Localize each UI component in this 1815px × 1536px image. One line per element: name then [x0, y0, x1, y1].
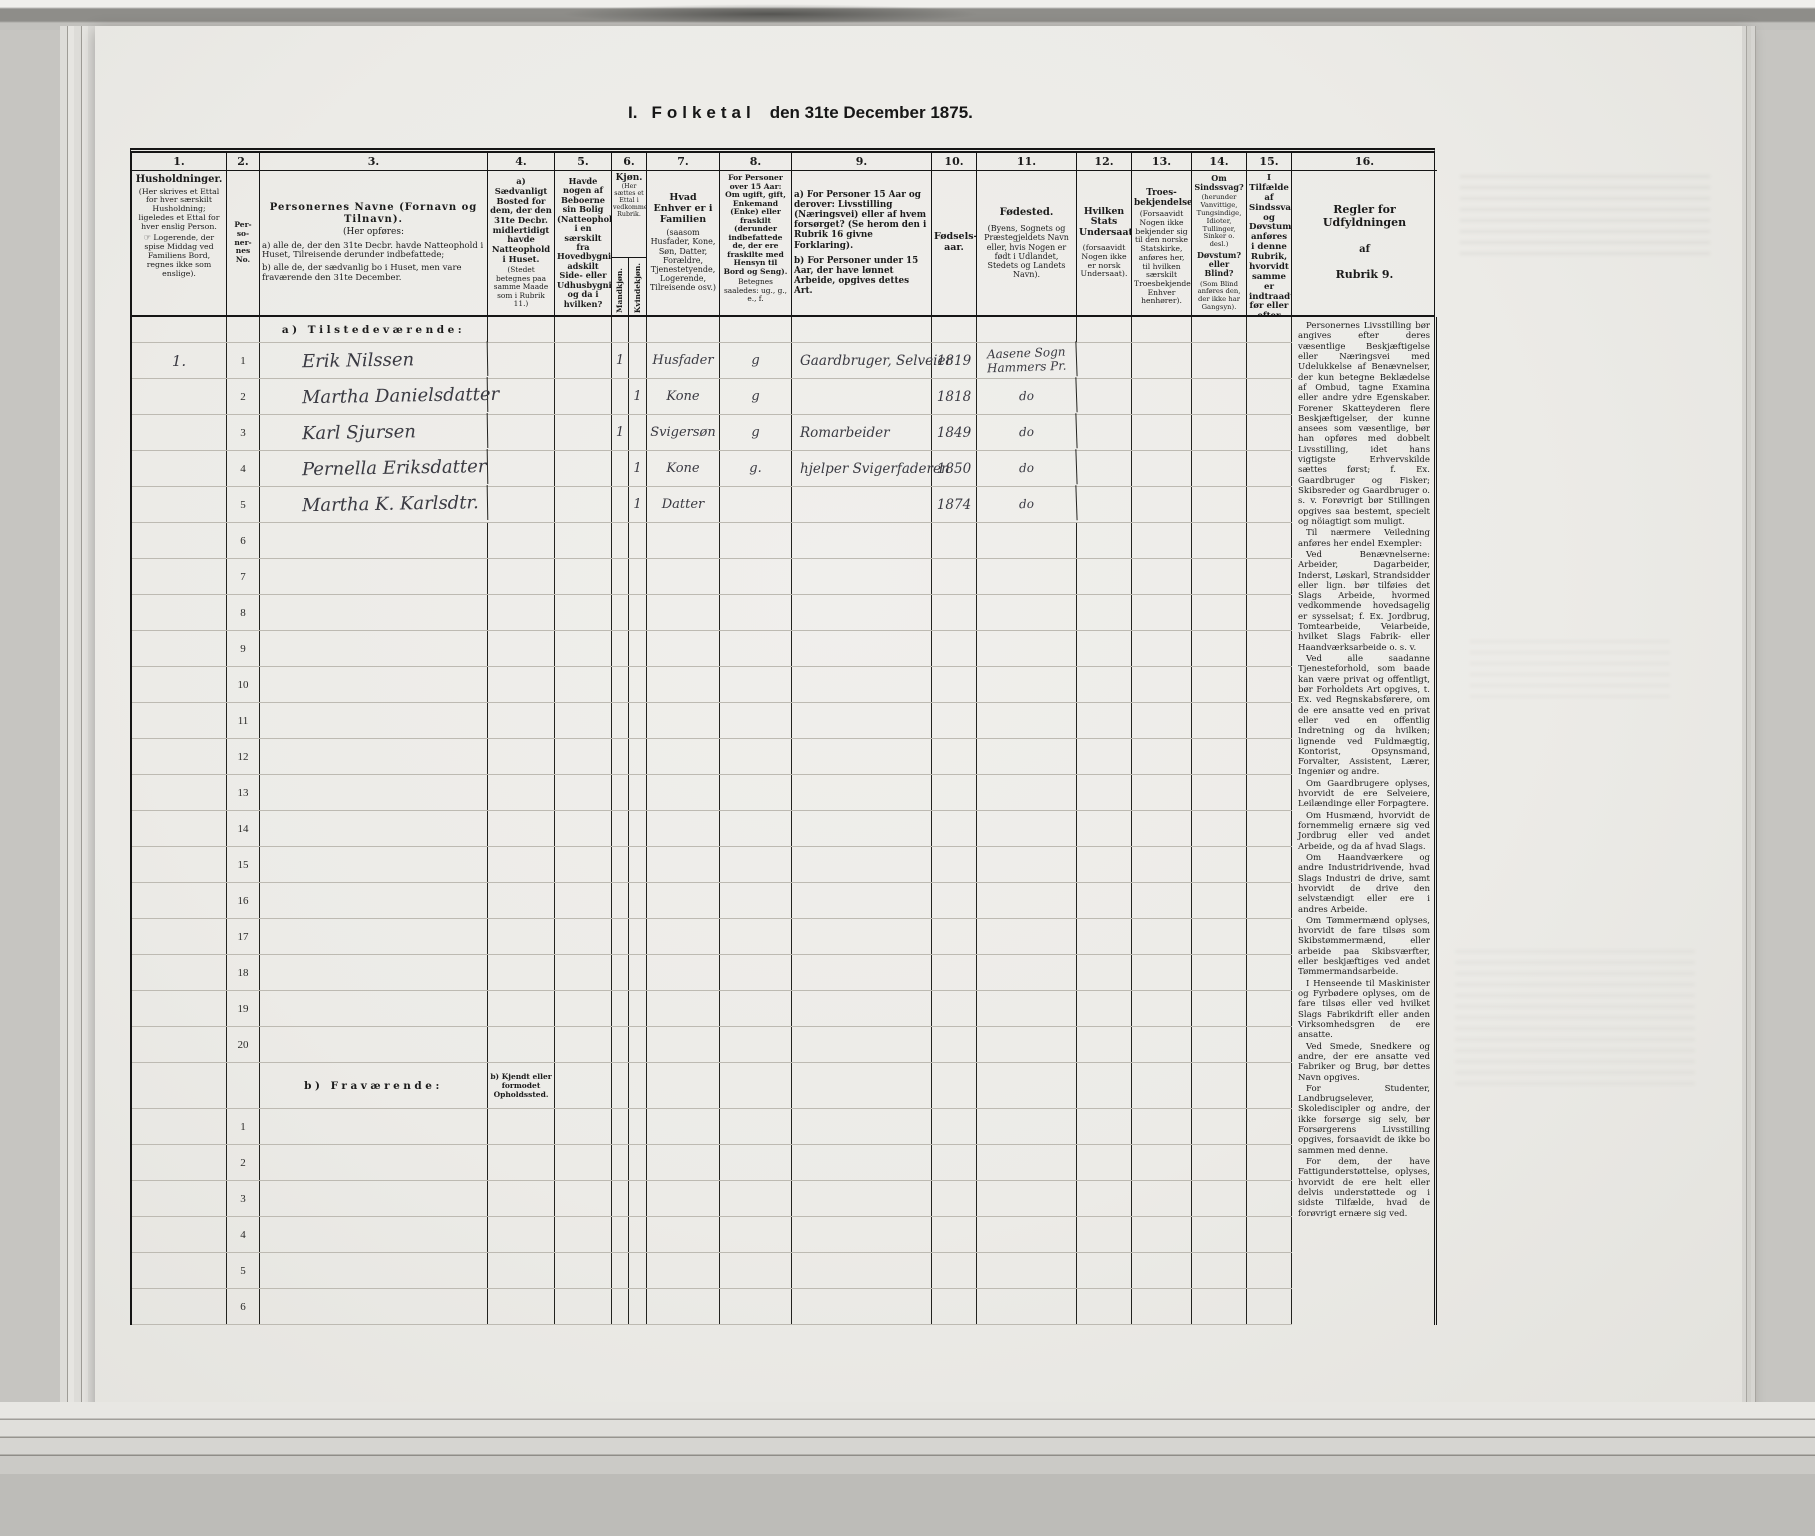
tilfaelde-cell — [1247, 991, 1292, 1026]
household-cell — [132, 379, 227, 414]
table-row: 5Martha K. Karlsdtr.1Datter1874do — [132, 487, 1292, 523]
tilfaelde-cell — [1247, 487, 1292, 522]
name-cell — [260, 1027, 488, 1062]
table-row: 3 — [132, 1181, 1292, 1217]
column-note: (Forsaavidt Nogen ikke bekjender sig til… — [1134, 210, 1189, 306]
sindssvag-cell — [1192, 451, 1247, 486]
family-role-cell — [647, 1063, 720, 1108]
female-cell — [629, 1063, 647, 1108]
bosted-cell — [488, 739, 555, 774]
column-number: 2. — [227, 153, 259, 171]
table-row: 4 — [132, 1217, 1292, 1253]
undersaat-cell — [1077, 1109, 1132, 1144]
section-a-rows: 1.1Erik Nilssen1HusfadergGaardbruger, Se… — [132, 343, 1292, 1063]
family-role-cell — [647, 1109, 720, 1144]
troes-cell — [1132, 847, 1192, 882]
occupation-cell: hjelper Svigerfaderen — [792, 451, 932, 486]
column-number: 15. — [1247, 153, 1291, 171]
male-cell — [612, 451, 629, 486]
census-table: 1. Husholdninger. (Her skrives et Ettal … — [130, 148, 1435, 1325]
column-item-a: a) alle de, der den 31te Decbr. havde Na… — [262, 242, 485, 262]
female-cell — [629, 1253, 647, 1288]
birthyear-cell: 1818 — [932, 379, 977, 414]
name-cell — [260, 847, 488, 882]
section-b-label-row: b) Fraværende: b) Kjendt eller formodet … — [132, 1063, 1292, 1109]
table-row: 7 — [132, 559, 1292, 595]
sindssvag-cell — [1192, 703, 1247, 738]
rules-paragraph: Om Tømmermænd oplyses, hvorvidt de fare … — [1298, 916, 1430, 978]
rules-paragraph: Til nærmere Veiledning anføres her endel… — [1298, 528, 1430, 549]
family-role-cell — [647, 955, 720, 990]
tilfaelde-cell — [1247, 955, 1292, 990]
marital-cell — [720, 1253, 792, 1288]
birthplace-cell — [977, 991, 1077, 1026]
occupation-cell — [792, 1217, 932, 1252]
birthplace-cell: do — [976, 413, 1077, 451]
troes-cell — [1132, 379, 1192, 414]
table-row: 14 — [132, 811, 1292, 847]
marital-cell — [720, 1063, 792, 1108]
person-no-cell: 3 — [227, 1181, 260, 1216]
male-cell — [612, 703, 629, 738]
tilfaelde-cell — [1247, 379, 1292, 414]
troes-cell — [1132, 919, 1192, 954]
bosted-cell — [488, 919, 555, 954]
bosted-cell — [488, 1027, 555, 1062]
birthyear-cell — [932, 703, 977, 738]
undersaat-cell — [1077, 1289, 1132, 1324]
male-cell — [612, 991, 629, 1026]
marital-cell — [720, 631, 792, 666]
family-role-cell — [647, 919, 720, 954]
name-cell — [260, 559, 488, 594]
person-no-cell: 3 — [227, 415, 260, 450]
undersaat-cell — [1077, 847, 1132, 882]
section-b-opholdssted-note: b) Kjendt eller formodet Opholdssted. — [488, 1063, 555, 1108]
male-cell — [612, 1289, 629, 1324]
troes-cell — [1132, 811, 1192, 846]
birthyear-cell: 1874 — [932, 487, 977, 522]
column-header-foedselsaar: 10. Fødsels- aar. — [932, 153, 977, 315]
household-cell: 1. — [132, 343, 227, 378]
marital-cell — [720, 1181, 792, 1216]
household-cell — [132, 1063, 227, 1108]
family-role-cell: Svigersøn — [647, 415, 720, 450]
male-cell: 1 — [612, 343, 629, 378]
male-cell — [612, 1109, 629, 1144]
person-no-cell: 16 — [227, 883, 260, 918]
person-no-cell: 11 — [227, 703, 260, 738]
table-row: 15 — [132, 847, 1292, 883]
family-role-cell — [647, 1253, 720, 1288]
section-b-label: b) Fraværende: — [260, 1063, 488, 1108]
female-cell — [629, 1027, 647, 1062]
page-title-numeral: I. — [628, 103, 637, 123]
bosted-cell — [488, 523, 555, 558]
sindssvag-cell — [1192, 775, 1247, 810]
male-cell: 1 — [612, 415, 629, 450]
sindssvag-cell — [1192, 1253, 1247, 1288]
bosted-cell — [488, 703, 555, 738]
birthplace-cell — [977, 1109, 1077, 1144]
column-header-saedvanligt-bosted: 4. a) Sædvanligt Bosted for dem, der den… — [488, 153, 555, 315]
birthplace-cell — [977, 919, 1077, 954]
birthplace-cell — [977, 595, 1077, 630]
subcolumn-kvindekjoen: Kvindekjøn. — [629, 258, 646, 315]
bosted-cell — [488, 1217, 555, 1252]
female-cell — [629, 1289, 647, 1324]
troes-cell — [1132, 1253, 1192, 1288]
tilfaelde-cell — [1247, 1027, 1292, 1062]
birthyear-cell — [932, 631, 977, 666]
occupation-cell: Romarbeider — [792, 415, 932, 450]
sindssvag-cell — [1192, 1217, 1247, 1252]
column-note: (Stedet betegnes paa samme Maade som i R… — [490, 266, 552, 309]
troes-cell — [1132, 343, 1192, 378]
undersaat-cell — [1077, 559, 1132, 594]
household-cell — [132, 1289, 227, 1324]
birthyear-cell — [932, 523, 977, 558]
name-cell — [260, 1253, 488, 1288]
table-body: a) Tilstedeværende: 1.1Erik Nilssen1Hus — [132, 317, 1434, 1325]
birthyear-cell — [932, 1253, 977, 1288]
rules-paragraph: Om Husmænd, hvorvidt de fornemmelig ernæ… — [1298, 811, 1430, 852]
male-cell — [612, 559, 629, 594]
birthyear-cell — [932, 1145, 977, 1180]
table-row: 4Pernella Eriksdatter1Koneg.hjelper Svig… — [132, 451, 1292, 487]
occupation-cell — [792, 667, 932, 702]
person-no-cell: 1 — [227, 343, 260, 378]
column-header-regler: 16. Regler for Udfyldningen af Rubrik 9. — [1292, 153, 1437, 315]
udhus-cell — [555, 1109, 612, 1144]
column-header-civilstand: 8. For Personer over 15 Aar: Om ugift, g… — [720, 153, 792, 315]
female-cell — [629, 811, 647, 846]
udhus-cell — [555, 1063, 612, 1108]
name-cell — [260, 703, 488, 738]
birthplace-cell — [977, 1063, 1077, 1108]
household-cell — [132, 847, 227, 882]
sindssvag-cell — [1192, 1027, 1247, 1062]
household-cell — [132, 1145, 227, 1180]
sindssvag-cell — [1192, 1063, 1247, 1108]
table-row: 16 — [132, 883, 1292, 919]
column-title: For Personer over 15 Aar: Om ugift, gift… — [722, 174, 789, 276]
column-description: Om Sindssvag? (herunder Vanvittige, Tung… — [1192, 171, 1246, 315]
birthplace-cell — [977, 317, 1077, 342]
column-number: 12. — [1077, 153, 1131, 171]
household-cell — [132, 559, 227, 594]
birthyear-cell — [932, 317, 977, 342]
table-row: 20 — [132, 1027, 1292, 1063]
column-title: Rubrik 9. — [1294, 269, 1435, 282]
family-role-cell — [647, 1027, 720, 1062]
udhus-cell — [555, 1027, 612, 1062]
troes-cell — [1132, 595, 1192, 630]
column-title: Døvstum? eller Blind? — [1194, 251, 1244, 279]
name-cell: Karl Sjursen — [260, 413, 489, 452]
bosted-cell — [488, 451, 555, 486]
person-no-cell: 17 — [227, 919, 260, 954]
female-cell — [629, 775, 647, 810]
bosted-cell — [488, 559, 555, 594]
marital-cell — [720, 1145, 792, 1180]
occupation-cell — [792, 919, 932, 954]
family-role-cell — [647, 667, 720, 702]
column-description: Personernes Navne (Fornavn og Tilnavn). … — [260, 171, 487, 315]
person-no-cell: 8 — [227, 595, 260, 630]
birthyear-cell — [932, 1027, 977, 1062]
column-number: 6. — [612, 153, 646, 171]
person-no-cell: 18 — [227, 955, 260, 990]
family-role-cell — [647, 1217, 720, 1252]
column-title: Fødested. — [979, 207, 1074, 219]
family-role-cell — [647, 595, 720, 630]
table-row: 1.1Erik Nilssen1HusfadergGaardbruger, Se… — [132, 343, 1292, 379]
table-row: 11 — [132, 703, 1292, 739]
scan-top-shadow — [560, 4, 980, 24]
marital-cell: g — [720, 343, 792, 378]
name-cell: Erik Nilssen — [260, 341, 489, 380]
male-cell — [612, 379, 629, 414]
sindssvag-cell — [1192, 415, 1247, 450]
household-cell — [132, 631, 227, 666]
birthyear-cell: 1849 — [932, 415, 977, 450]
female-cell — [629, 559, 647, 594]
household-cell — [132, 523, 227, 558]
marital-cell — [720, 775, 792, 810]
family-role-cell: Datter — [647, 487, 720, 522]
birthplace-cell — [977, 703, 1077, 738]
name-cell — [260, 811, 488, 846]
birthyear-cell — [932, 1063, 977, 1108]
udhus-cell — [555, 991, 612, 1026]
occupation-cell — [792, 1145, 932, 1180]
family-role-cell — [647, 1181, 720, 1216]
female-cell — [629, 919, 647, 954]
female-cell — [629, 1109, 647, 1144]
occupation-cell — [792, 991, 932, 1026]
udhus-cell — [555, 775, 612, 810]
column-title: a) Sædvanligt Bosted for dem, der den 31… — [490, 177, 552, 264]
tilfaelde-cell — [1247, 415, 1292, 450]
scanned-census-page: I. Folketal den 31te December 1875. 1. H… — [0, 0, 1815, 1536]
column-description: Kjøn. (Her sættes et Ettal i vedkommende… — [612, 171, 646, 257]
ink-bleedthrough — [1460, 175, 1710, 255]
male-cell — [612, 775, 629, 810]
udhus-cell — [555, 415, 612, 450]
tilfaelde-cell — [1247, 1217, 1292, 1252]
troes-cell — [1132, 1217, 1192, 1252]
bosted-cell — [488, 415, 555, 450]
name-cell — [260, 991, 488, 1026]
column-title: Kjøn. — [613, 173, 645, 183]
birthplace-cell — [977, 883, 1077, 918]
male-cell — [612, 1027, 629, 1062]
female-cell — [629, 991, 647, 1026]
person-no-cell: 14 — [227, 811, 260, 846]
female-cell — [629, 667, 647, 702]
male-cell — [612, 919, 629, 954]
occupation-cell — [792, 739, 932, 774]
column-description: Husholdninger. (Her skrives et Ettal for… — [132, 171, 226, 315]
occupation-cell — [792, 1181, 932, 1216]
udhus-cell — [555, 317, 612, 342]
sindssvag-cell — [1192, 317, 1247, 342]
udhus-cell — [555, 1253, 612, 1288]
household-cell — [132, 991, 227, 1026]
sindssvag-cell — [1192, 595, 1247, 630]
male-cell — [612, 883, 629, 918]
section-a-label: a) Tilstedeværende: — [260, 317, 488, 342]
undersaat-cell — [1077, 487, 1132, 522]
column-note: (Her sættes et Ettal i vedkommende Rubri… — [613, 184, 645, 219]
bosted-cell — [488, 1145, 555, 1180]
page-stack-bottom-edge — [0, 1402, 1815, 1536]
column-number: 3. — [260, 153, 487, 171]
family-role-cell — [647, 523, 720, 558]
undersaat-cell — [1077, 811, 1132, 846]
troes-cell — [1132, 1145, 1192, 1180]
female-cell: 1 — [629, 379, 647, 414]
troes-cell — [1132, 1181, 1192, 1216]
birthyear-cell — [932, 775, 977, 810]
birthplace-cell — [977, 1027, 1077, 1062]
tilfaelde-cell — [1247, 847, 1292, 882]
troes-cell — [1132, 1289, 1192, 1324]
occupation-cell — [792, 847, 932, 882]
occupation-cell — [792, 1027, 932, 1062]
udhus-cell — [555, 451, 612, 486]
undersaat-cell — [1077, 631, 1132, 666]
birthplace-cell — [977, 631, 1077, 666]
table-row: 8 — [132, 595, 1292, 631]
column-item-b: b) alle de, der sædvanlig bo i Huset, me… — [262, 264, 485, 284]
table-row: 5 — [132, 1253, 1292, 1289]
female-cell — [629, 415, 647, 450]
tilfaelde-cell — [1247, 883, 1292, 918]
family-role-cell — [647, 847, 720, 882]
column-number: 13. — [1132, 153, 1191, 171]
person-no-cell: 6 — [227, 1289, 260, 1324]
bosted-cell — [488, 631, 555, 666]
birthplace-cell — [977, 811, 1077, 846]
sindssvag-cell — [1192, 667, 1247, 702]
marital-cell — [720, 739, 792, 774]
troes-cell — [1132, 415, 1192, 450]
tilfaelde-cell — [1247, 595, 1292, 630]
tilfaelde-cell — [1247, 1109, 1292, 1144]
name-cell — [260, 631, 488, 666]
birthplace-cell — [977, 667, 1077, 702]
occupation-cell — [792, 1109, 932, 1144]
column-note: Betegnes saaledes: ug., g., e., f. — [722, 278, 789, 304]
name-cell — [260, 775, 488, 810]
troes-cell — [1132, 559, 1192, 594]
subcolumn-label: Kvindekjøn. — [633, 263, 642, 313]
family-role-cell — [647, 991, 720, 1026]
table-row: 1 — [132, 1109, 1292, 1145]
bosted-cell — [488, 1109, 555, 1144]
family-role-cell — [647, 811, 720, 846]
bosted-cell — [488, 775, 555, 810]
troes-cell — [1132, 883, 1192, 918]
undersaat-cell — [1077, 317, 1132, 342]
table-row: 18 — [132, 955, 1292, 991]
column-title: Personernes Navne (Fornavn og Tilnavn). — [262, 202, 485, 225]
column-description: For Personer over 15 Aar: Om ugift, gift… — [720, 171, 791, 315]
household-cell — [132, 487, 227, 522]
tilfaelde-cell — [1247, 703, 1292, 738]
column-note: (forsaavidt Nogen ikke er norsk Undersaa… — [1079, 244, 1129, 280]
name-cell — [260, 1217, 488, 1252]
udhus-cell — [555, 955, 612, 990]
udhus-cell — [555, 487, 612, 522]
udhus-cell — [555, 379, 612, 414]
udhus-cell — [555, 595, 612, 630]
occupation-cell — [792, 487, 932, 522]
person-no-cell: 20 — [227, 1027, 260, 1062]
household-cell — [132, 317, 227, 342]
undersaat-cell — [1077, 703, 1132, 738]
person-no-cell: 4 — [227, 1217, 260, 1252]
rules-paragraph: Ved alle saadanne Tjenesteforhold, som b… — [1298, 654, 1430, 778]
troes-cell — [1132, 317, 1192, 342]
family-role-cell: Kone — [647, 379, 720, 414]
person-no-cell: 15 — [227, 847, 260, 882]
male-cell — [612, 847, 629, 882]
tilfaelde-cell — [1247, 559, 1292, 594]
column-number: 7. — [647, 153, 719, 171]
male-cell — [612, 1063, 629, 1108]
section-a-label-row: a) Tilstedeværende: — [132, 317, 1292, 343]
male-cell — [612, 595, 629, 630]
troes-cell — [1132, 739, 1192, 774]
undersaat-cell — [1077, 775, 1132, 810]
table-row: 17 — [132, 919, 1292, 955]
occupation-cell — [792, 955, 932, 990]
troes-cell — [1132, 451, 1192, 486]
undersaat-cell — [1077, 1217, 1132, 1252]
troes-cell — [1132, 523, 1192, 558]
bosted-cell — [488, 991, 555, 1026]
occupation-cell — [792, 1289, 932, 1324]
marital-cell — [720, 523, 792, 558]
undersaat-cell — [1077, 379, 1132, 414]
family-role-cell — [647, 1289, 720, 1324]
tilfaelde-cell — [1247, 631, 1292, 666]
troes-cell — [1132, 775, 1192, 810]
birthplace-cell — [977, 1217, 1077, 1252]
name-cell — [260, 919, 488, 954]
bosted-cell — [488, 955, 555, 990]
column-description: Hvilken Stats Undersaat? (forsaavidt Nog… — [1077, 171, 1131, 315]
column-title: Regler for Udfyldningen — [1294, 204, 1435, 229]
marital-cell — [720, 1289, 792, 1324]
rules-text-column: Personernes Livsstilling bør angives eft… — [1292, 317, 1437, 1325]
sindssvag-cell — [1192, 1109, 1247, 1144]
occupation-cell — [792, 775, 932, 810]
bosted-cell — [488, 1289, 555, 1324]
sindssvag-cell — [1192, 631, 1247, 666]
birthyear-cell — [932, 667, 977, 702]
marital-cell: g. — [720, 451, 792, 486]
household-cell — [132, 1253, 227, 1288]
troes-cell — [1132, 991, 1192, 1026]
name-cell — [260, 1181, 488, 1216]
birthplace-cell: do — [976, 449, 1077, 487]
name-cell — [260, 955, 488, 990]
person-no-cell: 2 — [227, 379, 260, 414]
